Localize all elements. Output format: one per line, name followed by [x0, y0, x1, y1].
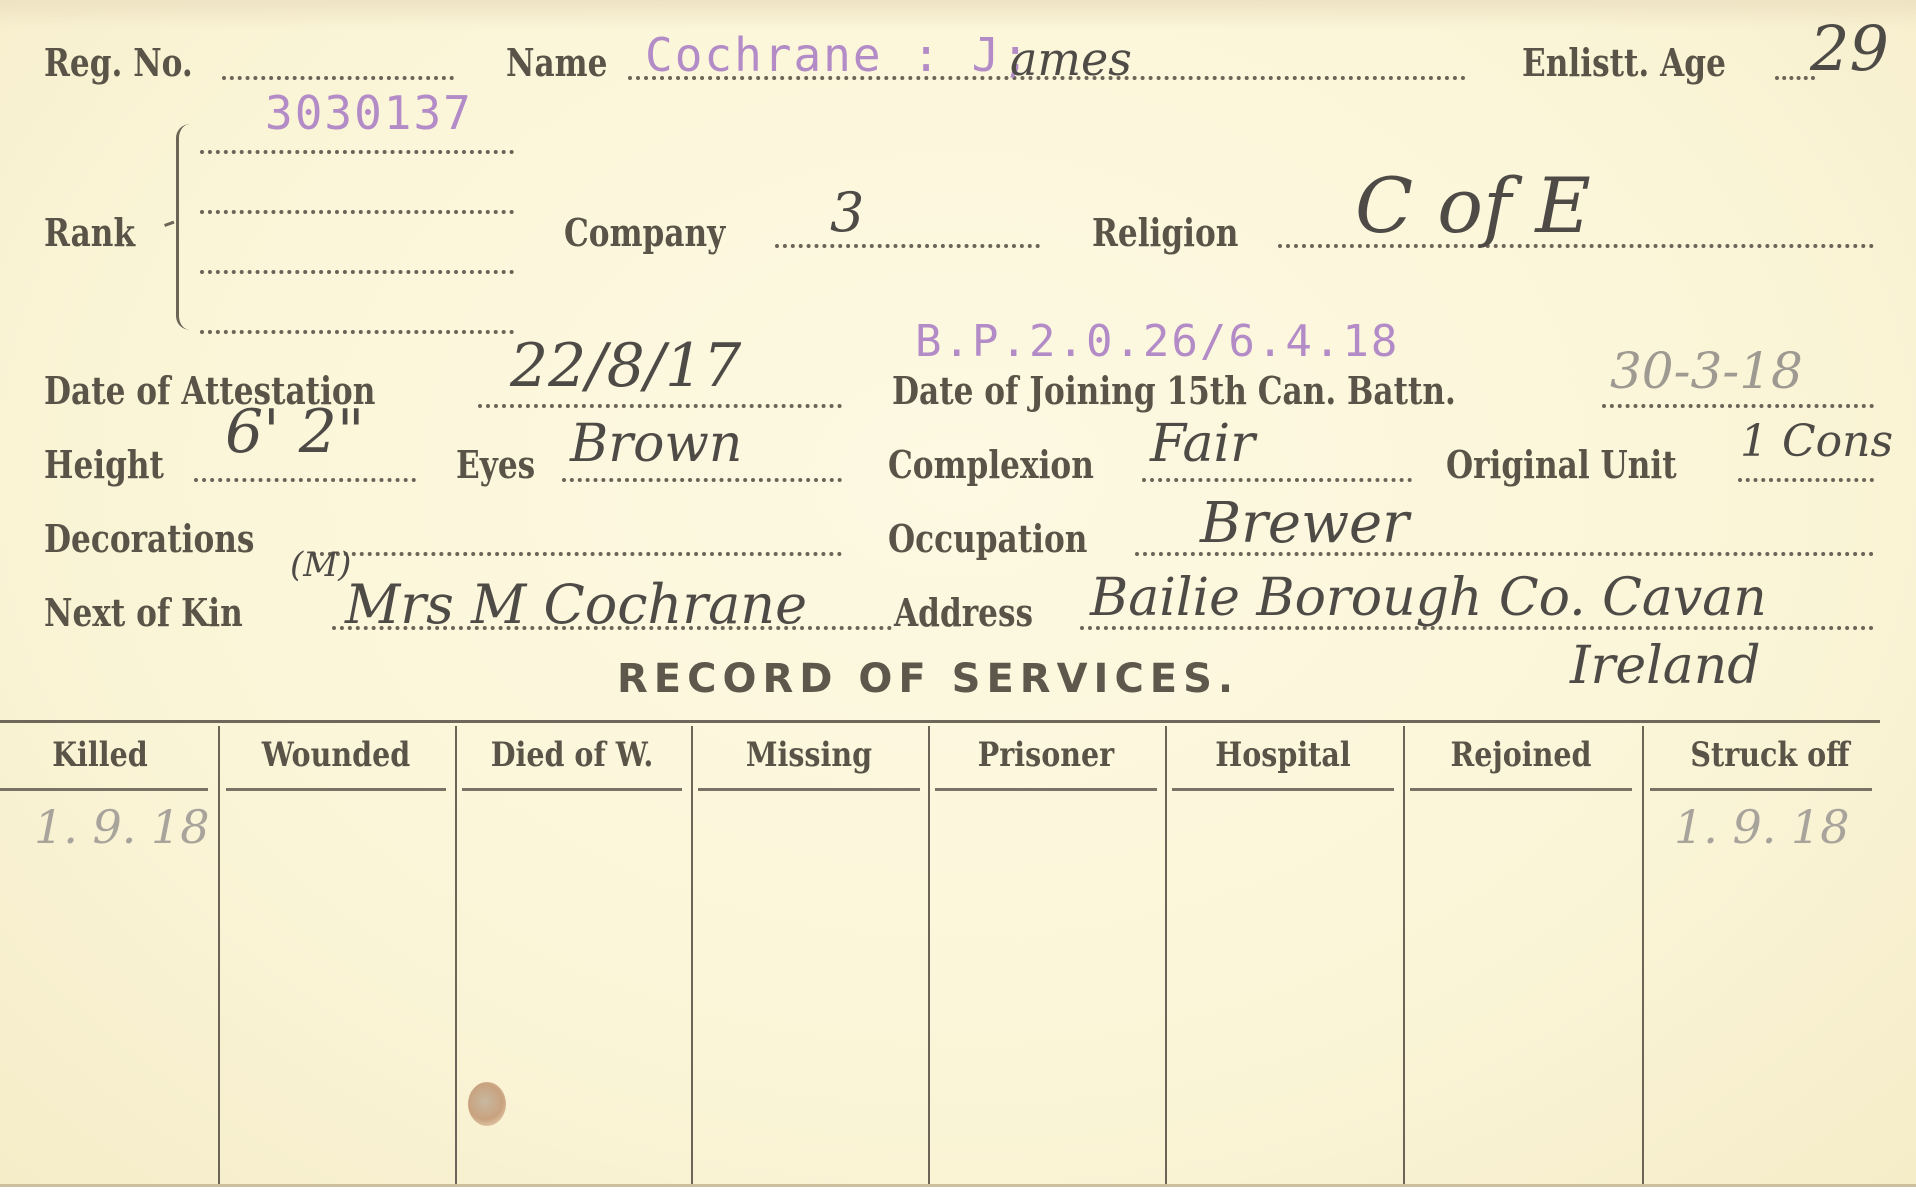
height-label: Height — [44, 446, 164, 484]
date-of-attestation-value: 22/8/17 — [510, 336, 741, 396]
rank-line-1 — [200, 150, 514, 154]
column-header-missing: Missing — [716, 735, 902, 775]
column-divider — [455, 726, 457, 1184]
rank-label: Rank — [44, 214, 135, 252]
reg-no-label: Reg. No. — [44, 44, 193, 82]
eyes-label: Eyes — [456, 446, 535, 484]
complexion-label: Complexion — [888, 446, 1094, 484]
occupation-value: Brewer — [1200, 496, 1409, 552]
paper-stain — [468, 1082, 506, 1126]
column-header-killed: Killed — [16, 735, 184, 775]
address-line-2: Ireland — [1570, 640, 1761, 692]
enlist-age-label: Enlistt. Age — [1522, 44, 1726, 82]
column-divider — [218, 726, 220, 1184]
name-value-hand: ames — [1010, 36, 1132, 82]
occupation-label: Occupation — [888, 520, 1087, 558]
struck-off-date: 1. 9. 18 — [1674, 800, 1850, 854]
company-value: 3 — [830, 186, 864, 240]
column-header-died-of-wounds: Died of W. — [480, 735, 665, 775]
religion-value: C of E — [1355, 168, 1591, 244]
date-of-joining-label: Date of Joining 15th Can. Battn. — [892, 372, 1456, 410]
eyes-dotted-line — [562, 478, 842, 482]
header-underline — [226, 788, 446, 791]
reg-no-dotted-line — [222, 76, 454, 80]
attestation-dotted-line — [478, 404, 842, 408]
header-underline — [1172, 788, 1394, 791]
column-header-struck-off: Struck off — [1669, 735, 1871, 775]
complexion-value: Fair — [1150, 418, 1255, 470]
header-underline — [935, 788, 1157, 791]
original-unit-value: 1 Cons — [1740, 420, 1893, 464]
eyes-value: Brown — [570, 418, 742, 470]
rank-line-3 — [200, 270, 514, 274]
complexion-dotted-line — [1142, 478, 1412, 482]
column-header-wounded: Wounded — [244, 735, 429, 775]
height-value: 6' 2" — [225, 402, 365, 462]
address-line-1: Bailie Borough Co. Cavan — [1090, 572, 1767, 624]
header-underline — [698, 788, 920, 791]
rank-line-4 — [200, 330, 514, 334]
name-value-stamp: Cochrane : J; — [645, 32, 1031, 78]
reg-no-value: 3030137 — [265, 90, 473, 136]
header-underline — [0, 788, 208, 791]
company-label: Company — [564, 214, 725, 252]
table-top-border — [0, 720, 1880, 723]
next-of-kin-value: Mrs M Cochrane — [345, 578, 807, 632]
battalion-order-stamp: B.P.2.0.26/6.4.18 — [915, 320, 1399, 364]
service-record-card: Reg. No. 3030137 Name Cochrane : J; ames… — [0, 0, 1916, 1187]
header-underline — [462, 788, 682, 791]
date-of-joining-value: 30-3-18 — [1610, 346, 1803, 396]
enlist-age-value: 29 — [1810, 18, 1889, 80]
killed-date: 1. 9. 18 — [34, 800, 210, 854]
column-divider — [928, 726, 930, 1184]
name-label: Name — [506, 44, 607, 82]
original-unit-dotted-line — [1738, 478, 1874, 482]
column-divider — [1165, 726, 1167, 1184]
next-of-kin-annotation: (M) — [290, 548, 351, 582]
header-underline — [1410, 788, 1632, 791]
rank-line-2 — [200, 210, 514, 214]
enlist-age-dotted-line — [1775, 76, 1815, 80]
next-of-kin-label: Next of Kin — [44, 594, 243, 632]
header-underline — [1650, 788, 1872, 791]
column-header-prisoner: Prisoner — [953, 735, 1139, 775]
company-dotted-line — [775, 244, 1040, 248]
column-divider — [1403, 726, 1405, 1184]
decorations-dotted-line — [312, 552, 842, 556]
joining-dotted-line — [1602, 404, 1874, 408]
record-of-services-heading: RECORD OF SERVICES. — [617, 656, 1239, 702]
decorations-label: Decorations — [44, 520, 254, 558]
column-header-rejoined: Rejoined — [1428, 735, 1614, 775]
column-divider — [1642, 726, 1644, 1184]
address-label: Address — [894, 594, 1033, 632]
height-dotted-line — [194, 478, 416, 482]
rank-brace — [176, 124, 193, 330]
column-header-hospital: Hospital — [1190, 735, 1376, 775]
religion-label: Religion — [1092, 214, 1238, 252]
column-divider — [691, 726, 693, 1184]
original-unit-label: Original Unit — [1446, 446, 1677, 484]
